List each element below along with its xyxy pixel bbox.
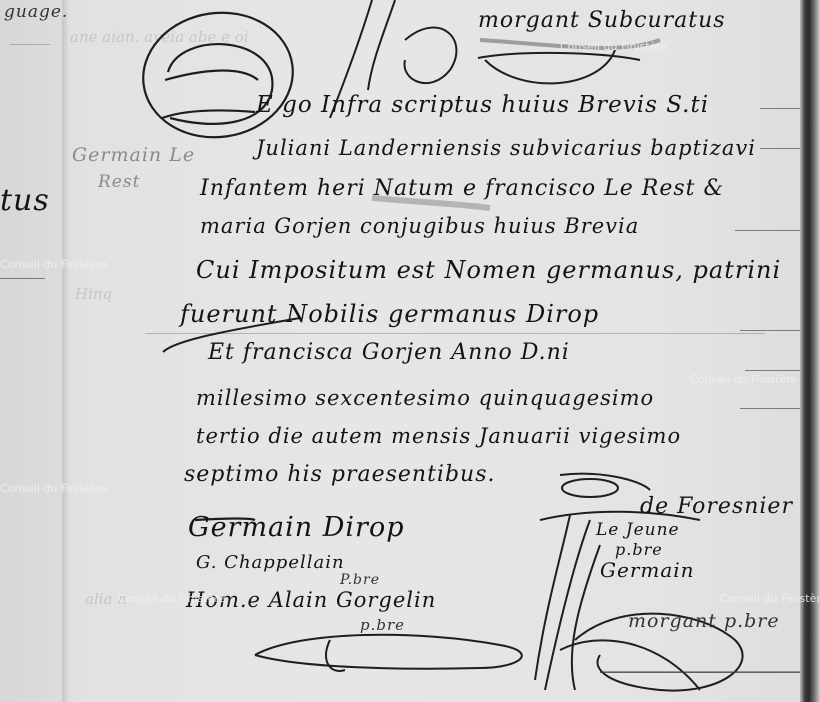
signature-alain-suffix: p.bre bbox=[360, 616, 405, 634]
rule-line bbox=[760, 148, 800, 149]
initial-d-flourish bbox=[135, 3, 301, 147]
bleed-through-text: Hinq bbox=[75, 285, 112, 303]
signature-chappellain-suffix: P.bre bbox=[340, 572, 380, 588]
body-line-6: fuerunt Nobilis germanus Dirop bbox=[180, 300, 599, 328]
rule-line bbox=[10, 44, 50, 45]
prev-page-fragment-mid: tus bbox=[0, 183, 50, 218]
archive-watermark: Conseil du Finistère bbox=[690, 373, 797, 386]
archive-watermark: Conseil du Finistère bbox=[118, 592, 225, 605]
body-line-1: E go Infra scriptus huius Brevis S.ti bbox=[256, 92, 709, 118]
rule-line bbox=[760, 108, 800, 109]
body-line-4: maria Gorjen conjugibus huius Brevia bbox=[200, 214, 639, 238]
body-line-2: Juliani Landerniensis subvicarius baptiz… bbox=[256, 136, 756, 160]
archive-watermark: Conseil du Finistère bbox=[560, 40, 667, 53]
archive-watermark: Conseil du Finistère bbox=[0, 482, 107, 495]
rule-line bbox=[745, 370, 800, 371]
signature-foresnier: de Foresnier bbox=[640, 494, 793, 519]
signature-morgant-footer: morgant p.bre bbox=[628, 610, 780, 632]
curate-signature: morgant Subcuratus bbox=[478, 8, 726, 33]
margin-note-name: Germain Le bbox=[72, 144, 195, 166]
body-line-8: millesimo sexcentesimo quinquagesimo bbox=[196, 386, 654, 410]
body-line-9: tertio die autem mensis Januarii vigesim… bbox=[196, 424, 681, 448]
body-line-5: Cui Impositum est Nomen germanus, patrin… bbox=[196, 256, 781, 284]
signature-middle-1: Le Jeune bbox=[596, 520, 680, 540]
bleed-through-text: ane aian. ayeia abe e oi bbox=[70, 28, 249, 46]
signature-middle-2: p.bre bbox=[615, 540, 663, 559]
previous-page-margin bbox=[0, 0, 64, 702]
archive-watermark: Conseil du Finistère bbox=[0, 258, 107, 271]
body-line-7: Et francisca Gorjen Anno D.ni bbox=[208, 340, 570, 365]
book-gutter bbox=[62, 0, 68, 702]
rule-line bbox=[735, 230, 800, 231]
prev-page-fragment-top: guage. bbox=[4, 2, 68, 22]
rule-line bbox=[600, 672, 800, 673]
rule-line bbox=[145, 333, 765, 334]
rule-line bbox=[0, 278, 45, 279]
register-scan: guage. tus ane aian. ayeia abe e oi Hinq… bbox=[0, 0, 820, 702]
signature-chappellain: G. Chappellain bbox=[196, 552, 345, 573]
rule-line bbox=[740, 330, 800, 331]
signature-middle-3: Germain bbox=[600, 558, 695, 582]
margin-note-surname: Rest bbox=[98, 172, 140, 192]
signature-germain-dirop: Germain Dirop bbox=[188, 512, 405, 543]
rule-line bbox=[740, 408, 800, 409]
body-line-3: Infantem heri Natum e francisco Le Rest … bbox=[200, 176, 724, 201]
body-line-10: septimo his praesentibus. bbox=[184, 462, 495, 487]
archive-watermark: Conseil du Finistère bbox=[720, 592, 820, 605]
